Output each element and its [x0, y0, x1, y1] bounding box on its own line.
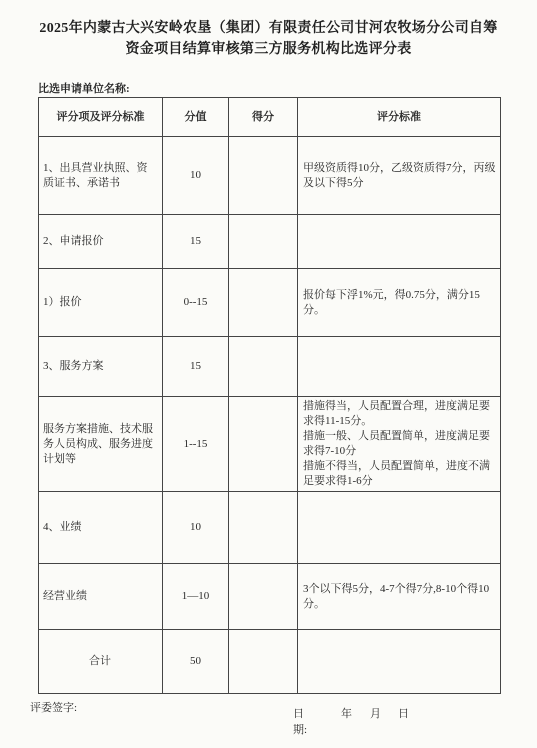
item-cell: 1）报价 [39, 269, 163, 337]
table-row-qualifications: 1、出具营业执照、资质证书、承诺书 10 甲级资质得10分，乙级资质得7分，丙级… [39, 137, 501, 215]
document-title-line1: 2025年内蒙古大兴安岭农垦（集团）有限责任公司甘河农牧场分公司自筹 [0, 18, 537, 39]
earned-score-cell [229, 397, 298, 492]
earned-score-cell [229, 269, 298, 337]
col-header-criteria: 评分标准 [298, 98, 501, 137]
score-table: 评分项及评分标准 分值 得分 评分标准 1、出具营业执照、资质证书、承诺书 10… [38, 97, 501, 694]
date-label: 日期: [293, 705, 307, 737]
criteria-cell [298, 215, 501, 269]
earned-score-cell [229, 215, 298, 269]
total-score-cell: 50 [163, 630, 229, 694]
max-score-cell: 15 [163, 215, 229, 269]
table-row-service-plan: 3、服务方案 15 [39, 337, 501, 397]
table-row-plan-details: 服务方案措施、技术服务人员构成、服务进度计划等 1--15 措施得当，人员配置合… [39, 397, 501, 492]
criteria-cell: 报价每下浮1%元，得0.75分，满分15分。 [298, 269, 501, 337]
applicant-name-label: 比选申请单位名称: [38, 80, 130, 96]
item-cell: 4、业绩 [39, 492, 163, 564]
criteria-cell: 甲级资质得10分，乙级资质得7分，丙级及以下得5分 [298, 137, 501, 215]
month-label: 月 [370, 705, 381, 721]
criteria-cell: 措施得当，人员配置合理，进度满足要求得11-15分。 措施一般、人员配置简单，进… [298, 397, 501, 492]
item-cell: 3、服务方案 [39, 337, 163, 397]
table-row-total: 合计 50 [39, 630, 501, 694]
table-row-price: 1）报价 0--15 报价每下浮1%元，得0.75分，满分15分。 [39, 269, 501, 337]
earned-score-cell [229, 492, 298, 564]
earned-score-cell [229, 564, 298, 630]
day-label: 日 [398, 705, 409, 721]
criteria-cell [298, 630, 501, 694]
document-title: 2025年内蒙古大兴安岭农垦（集团）有限责任公司甘河农牧场分公司自筹 资金项目结… [0, 18, 537, 60]
year-label: 年 [341, 705, 352, 721]
col-header-item: 评分项及评分标准 [39, 98, 163, 137]
table-header-row: 评分项及评分标准 分值 得分 评分标准 [39, 98, 501, 137]
col-header-max-score: 分值 [163, 98, 229, 137]
max-score-cell: 1—10 [163, 564, 229, 630]
max-score-cell: 10 [163, 137, 229, 215]
item-cell: 服务方案措施、技术服务人员构成、服务进度计划等 [39, 397, 163, 492]
item-cell: 2、申请报价 [39, 215, 163, 269]
col-header-earned-score: 得分 [229, 98, 298, 137]
criteria-cell [298, 492, 501, 564]
item-cell: 经营业绩 [39, 564, 163, 630]
table-row-performance: 4、业绩 10 [39, 492, 501, 564]
criteria-cell: 3个以下得5分，4-7个得7分,8-10个得10分。 [298, 564, 501, 630]
judge-signature-label: 评委签字: [30, 699, 77, 715]
total-label-cell: 合计 [39, 630, 163, 694]
scanned-document-page: 2025年内蒙古大兴安岭农垦（集团）有限责任公司甘河农牧场分公司自筹 资金项目结… [0, 0, 537, 748]
max-score-cell: 0--15 [163, 269, 229, 337]
table-row-quotation: 2、申请报价 15 [39, 215, 501, 269]
earned-score-cell [229, 337, 298, 397]
max-score-cell: 1--15 [163, 397, 229, 492]
max-score-cell: 10 [163, 492, 229, 564]
table-row-business-performance: 经营业绩 1—10 3个以下得5分，4-7个得7分,8-10个得10分。 [39, 564, 501, 630]
item-cell: 1、出具营业执照、资质证书、承诺书 [39, 137, 163, 215]
earned-score-cell [229, 630, 298, 694]
earned-score-cell [229, 137, 298, 215]
max-score-cell: 15 [163, 337, 229, 397]
document-title-line2: 资金项目结算审核第三方服务机构比选评分表 [0, 39, 537, 60]
criteria-cell [298, 337, 501, 397]
